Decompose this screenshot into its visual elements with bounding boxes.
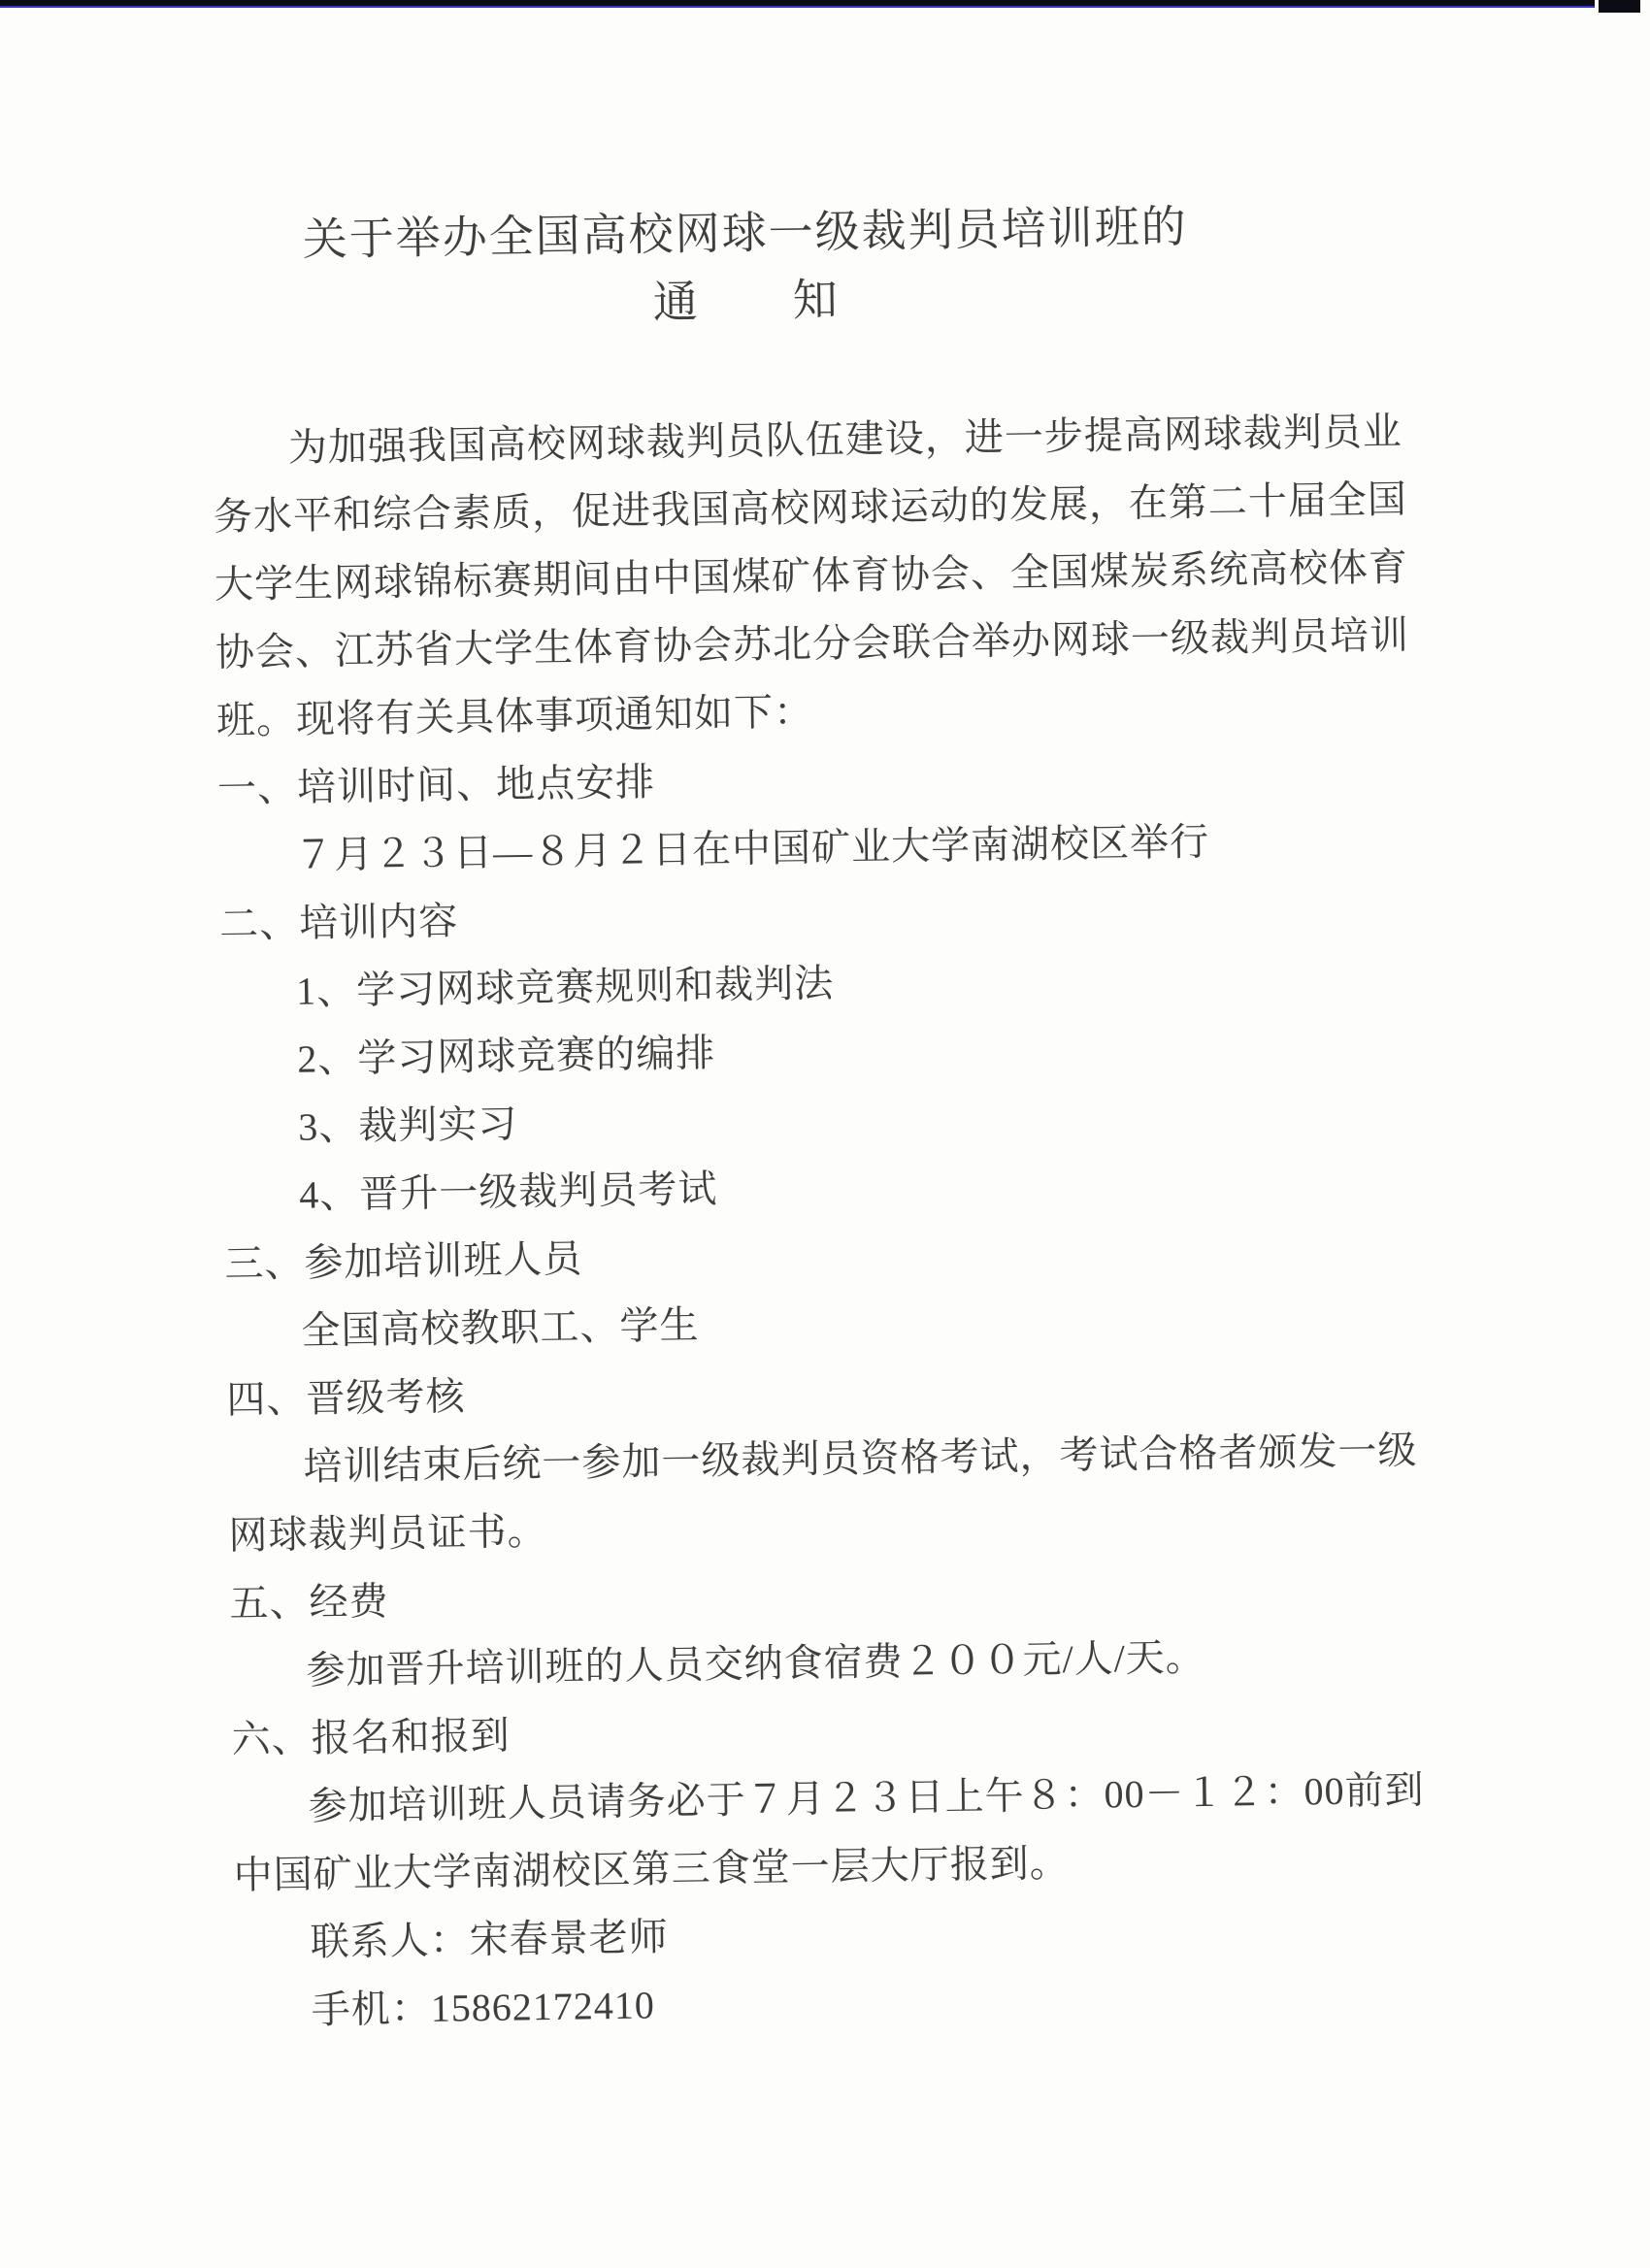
scanned-notice-page: 关于举办全国高校网球一级裁判员培训班的 通 知 为加强我国高校网球裁判员队伍建设… [0,0,1650,2268]
scan-artifact-top-bar [0,0,1595,8]
document-body: 为加强我国高校网球裁判员队伍建设，进一步提高网球裁判员业务水平和综合素质，促进我… [212,398,1401,2046]
scan-artifact-corner-mark [1599,0,1640,13]
notice-document: 关于举办全国高校网球一级裁判员培训班的 通 知 为加强我国高校网球裁判员队伍建设… [209,190,1401,2046]
